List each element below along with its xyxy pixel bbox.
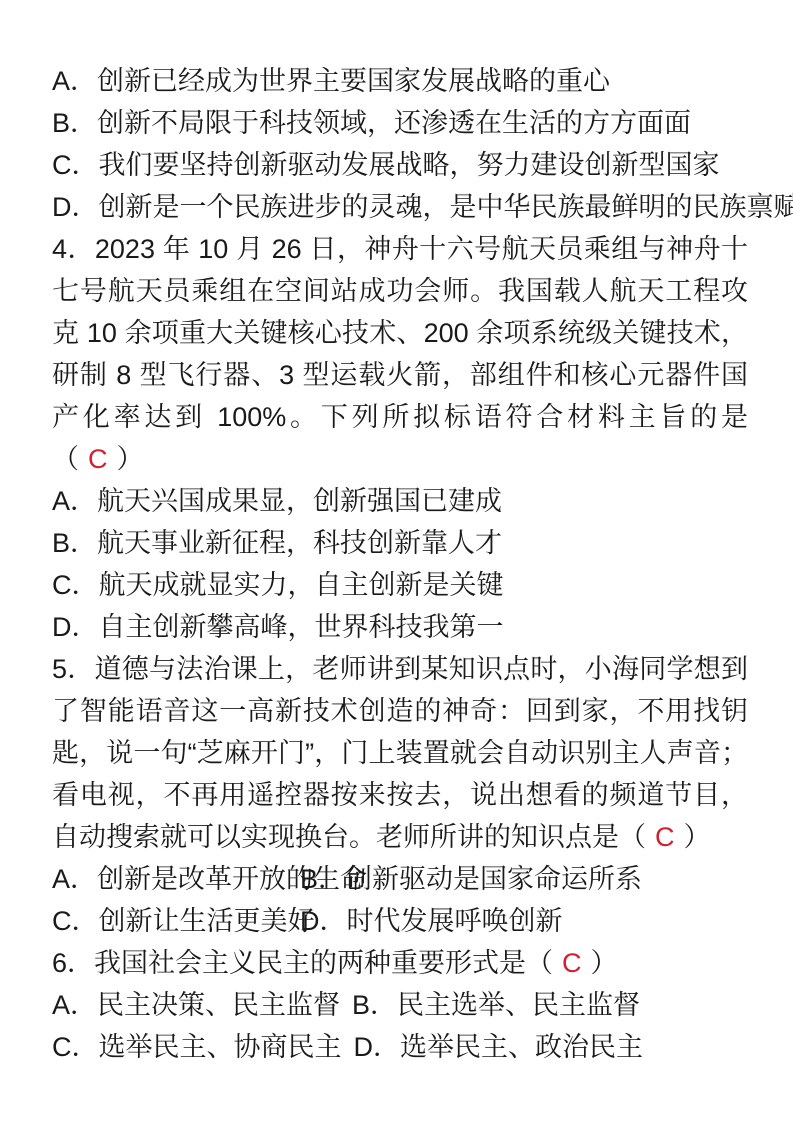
option-cd-left: C．选举民主、协商民主 [52,1032,342,1062]
option-row-ab: A．民主决策、民主监督B．民主选举、民主监督 [52,984,748,1026]
option-label: A． [52,864,97,894]
option-label: C． [52,906,99,936]
option-text: 民主选举、民主监督 [397,990,640,1020]
option-line-a: A．创新是改革开放的生命 [52,858,300,900]
question-6-stem: 6．我国社会主义民主的两种重要形式是（C） [52,942,748,984]
question-4: 4．2023 年 10 月 26 日，神舟十六号航天员乘组与神舟十七号航天员乘组… [52,228,748,648]
option-text: 民主决策、民主监督 [97,990,340,1020]
option-ab-right: B．民主选举、民主监督 [352,990,640,1020]
option-line-c: C．航天成就显实力，自主创新是关键 [52,564,748,606]
option-label: B． [300,864,345,894]
option-cd-right: D．选举民主、政治民主 [354,1032,644,1062]
paren-open: （ [619,822,646,852]
option-text: 选举民主、政治民主 [400,1032,643,1062]
option-line-d: D．创新是一个民族进步的灵魂，是中华民族最鲜明的民族禀赋 [52,186,748,228]
option-label: D． [354,1032,401,1062]
option-text: 航天成就显实力，自主创新是关键 [99,570,504,600]
option-line-c: C．创新让生活更美好 [52,900,300,942]
option-label: B． [52,528,97,558]
option-text: 航天事业新征程，科技创新靠人才 [97,528,502,558]
option-text: 航天兴国成果显，创新强国已建成 [97,486,502,516]
question-5-stem: 5．道德与法治课上，老师讲到某知识点时，小海同学想到了智能语音这一高新技术创造的… [52,648,748,858]
option-line-b: B．创新驱动是国家命运所系 [300,858,748,900]
question-4-stem: 4．2023 年 10 月 26 日，神舟十六号航天员乘组与神舟十七号航天员乘组… [52,228,748,480]
option-label: A． [52,990,97,1020]
paren-close: ） [684,822,711,852]
option-line-a: A．创新已经成为世界主要国家发展战略的重心 [52,60,748,102]
option-line-d: D．自主创新攀高峰，世界科技我第一 [52,606,748,648]
option-text: 我们要坚持创新驱动发展战略，努力建设创新型国家 [99,150,720,180]
option-label: C． [52,150,99,180]
option-text: 创新不局限于科技领域，还渗透在生活的方方面面 [97,108,691,138]
option-ab-left: A．民主决策、民主监督 [52,990,340,1020]
option-label: C． [52,570,99,600]
paren-open: （ [52,444,79,474]
option-label: D． [300,906,347,936]
question-number: 4． [52,234,95,264]
question-number: 6． [52,948,94,978]
paren-close: ） [117,444,144,474]
option-label: D． [52,612,99,642]
question-3-options: A．创新已经成为世界主要国家发展战略的重心 B．创新不局限于科技领域，还渗透在生… [52,60,748,228]
paren-open: （ [526,948,553,978]
question-6: 6．我国社会主义民主的两种重要形式是（C） A．民主决策、民主监督B．民主选举、… [52,942,748,1068]
option-line-b: B．航天事业新征程，科技创新靠人才 [52,522,748,564]
option-text: 创新已经成为世界主要国家发展战略的重心 [97,66,610,96]
option-text: 创新驱动是国家命运所系 [345,864,642,894]
option-line-c: C．我们要坚持创新驱动发展战略，努力建设创新型国家 [52,144,748,186]
stem-text: 2023 年 10 月 26 日，神舟十六号航天员乘组与神舟十七号航天员乘组在空… [52,234,748,432]
option-row-cd: C．选举民主、协商民主D．选举民主、政治民主 [52,1026,748,1068]
answer-letter: C [553,948,591,978]
option-label: D． [52,192,99,222]
option-text: 创新是一个民族进步的灵魂，是中华民族最鲜明的民族禀赋 [99,192,793,222]
exam-page: A．创新已经成为世界主要国家发展战略的重心 B．创新不局限于科技领域，还渗透在生… [0,0,793,1122]
question-5: 5．道德与法治课上，老师讲到某知识点时，小海同学想到了智能语音这一高新技术创造的… [52,648,748,942]
option-line-d: D．时代发展呼唤创新 [300,900,748,942]
option-label: A． [52,486,97,516]
option-line-a: A．航天兴国成果显，创新强国已建成 [52,480,748,522]
option-label: C． [52,1032,99,1062]
paren-close: ） [591,948,618,978]
answer-letter: C [646,822,684,852]
stem-text: 我国社会主义民主的两种重要形式是 [94,948,526,978]
question-5-options: A．创新是改革开放的生命 B．创新驱动是国家命运所系 C．创新让生活更美好 D．… [52,858,748,942]
question-number: 5． [52,654,95,684]
option-text: 时代发展呼唤创新 [347,906,563,936]
option-label: B． [52,108,97,138]
option-label: B． [352,990,397,1020]
answer-letter: C [79,444,117,474]
option-line-b: B．创新不局限于科技领域，还渗透在生活的方方面面 [52,102,748,144]
option-text: 自主创新攀高峰，世界科技我第一 [99,612,504,642]
option-label: A． [52,66,97,96]
option-text: 选举民主、协商民主 [99,1032,342,1062]
option-text: 创新让生活更美好 [99,906,315,936]
